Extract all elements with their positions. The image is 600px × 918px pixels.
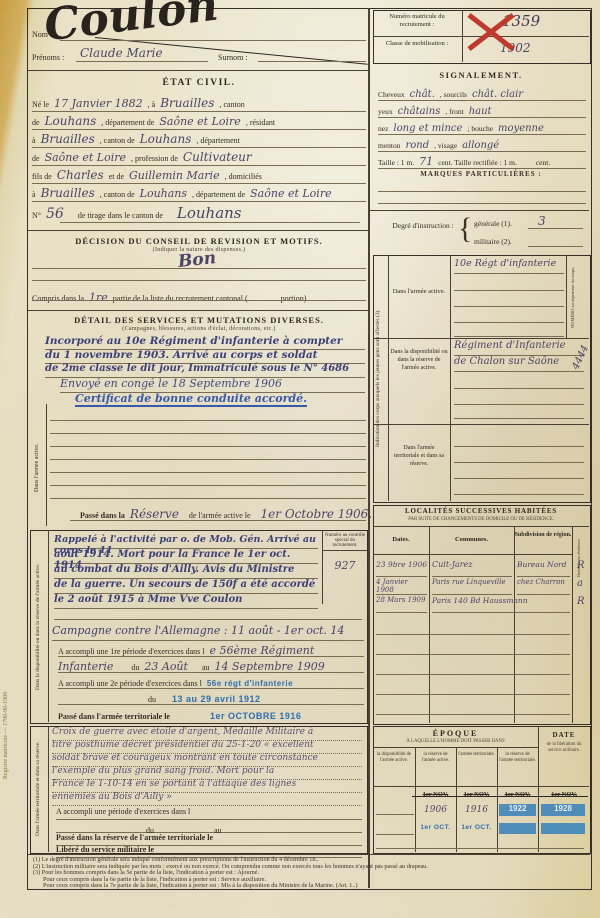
ruled-line <box>528 234 583 247</box>
epoque-col4: la réserve de l'armée territoriale. <box>498 752 537 764</box>
epoque-col3: l'armée territoriale. <box>457 752 496 758</box>
ruled-line <box>376 838 584 849</box>
signalement-line-4: mentonrond, visageallongé <box>378 135 586 152</box>
ruled-line <box>454 292 564 307</box>
citation-line: l'exemple du plus grand sang froid. Mort… <box>52 766 362 780</box>
blue-stamp-block <box>499 823 536 834</box>
localites-title: LOCALITÉS SUCCESSIVES HABITÉES <box>373 507 589 515</box>
stamped-value: 56e régt d'infanterie <box>207 679 293 688</box>
footnotes-block: (1) Le degré d'instruction générale sera… <box>33 857 585 890</box>
localites-row-date: 23 9bre 1906 <box>376 560 427 577</box>
section-title-etat-civil: ÉTAT CIVIL. <box>30 78 368 88</box>
citation-line: soldat brave et courageux montrant en to… <box>52 753 362 767</box>
label: , canton de <box>100 190 135 199</box>
ruled-line <box>454 308 564 323</box>
value: 14 Septembre 1909 <box>215 660 325 673</box>
divider <box>28 230 368 231</box>
ruled-line <box>70 504 366 521</box>
label: cent. <box>536 158 550 167</box>
epoque-year-stamp: 1922 <box>499 804 536 816</box>
num-box: Numéro au contrôle spécial du recrutemen… <box>322 530 367 604</box>
localites-row-date: 4 Janvier 1908 <box>376 578 427 595</box>
etat-civil-line-3: àBruailles, canton deLouhans, départemen… <box>32 130 366 148</box>
services-subtitle: (Campagnes, blessures, actions d'éclat, … <box>30 326 368 332</box>
epoque-date-title: DATE <box>540 731 588 739</box>
value: Louhans <box>140 132 192 146</box>
localites-row-commune: Paris rue Linqueville <box>432 578 512 595</box>
numero-matricule-label: Numéro matricule du recrutement : <box>375 13 459 29</box>
passe-territoriale-line: Passé dans l'armée territoriale le1er OC… <box>58 706 301 724</box>
label: nez <box>378 124 388 133</box>
label: Taille : 1 m. <box>378 158 414 167</box>
periode2-dates: du13 au 29 avril 1912 <box>58 689 364 705</box>
ruled-line <box>454 480 584 495</box>
service-entry: de 2me classe le dit jour, Immatriculé s… <box>45 363 365 378</box>
divider <box>388 255 389 501</box>
citation-line: ennemies au Bois d'Ailly » <box>52 792 362 806</box>
ruled-line <box>454 432 584 447</box>
label: , département de <box>192 190 245 199</box>
value: Saône et Loire <box>159 115 240 128</box>
value: Cultivateur <box>183 150 252 164</box>
ruled-line <box>60 206 360 223</box>
strike-line <box>412 796 588 797</box>
ruled-line <box>454 276 564 291</box>
value: 17 Janvier 1882 <box>54 97 143 110</box>
ruled-line <box>76 44 208 62</box>
ruled-line <box>376 616 570 635</box>
label: de <box>32 118 40 127</box>
epoque-oct-stamp: 1er OCT. <box>457 824 496 831</box>
edge-imprint: Registre matricule — 1790-90-1908 <box>3 630 13 840</box>
corps-dispo-value1: Régiment d'Infanterie <box>454 340 584 356</box>
ruled-line <box>376 820 414 835</box>
stamped-value: 1er OCTOBRE 1916 <box>210 711 301 721</box>
ruled-line <box>376 656 570 675</box>
label: du <box>148 695 156 704</box>
section-title-decision: DÉCISION DU CONSEIL DE REVISION ET MOTIF… <box>30 236 368 246</box>
instruction-generale-label: générale (1). <box>474 219 512 228</box>
localites-subtitle: PAR SUITE DE CHANGEMENTS DE DOMICILE OU … <box>373 517 589 522</box>
periode-territoriale-line: A accompli une période d'exercices dans … <box>56 807 362 820</box>
citation-line: Croix de guerre avec étoile d'argent, Mé… <box>52 727 362 741</box>
value: châtains <box>398 106 441 117</box>
localites-col-communes: Communes. <box>429 536 514 543</box>
brace-glyph: { <box>458 212 472 246</box>
ruled-line <box>454 324 564 337</box>
divider <box>538 726 539 852</box>
signalement-taille-line: Taille : 1 m.71cent. Taille rectifiée : … <box>378 152 586 169</box>
classe-label: Classe de mobilisation : <box>375 40 459 48</box>
military-record-document: Registre matricule — 1790-90-1908 Coulon… <box>0 0 600 918</box>
ruled-line <box>50 447 366 460</box>
ruled-line <box>50 421 366 434</box>
localites-row-commune: Cuit-Jarez <box>432 560 512 577</box>
label: à <box>32 190 36 199</box>
label: N° <box>32 211 41 220</box>
ruled-line <box>50 460 366 473</box>
ruled-line <box>50 408 366 421</box>
ruled-line <box>376 636 570 655</box>
label: ; bouche <box>467 124 493 133</box>
periode2-line: A accompli une 2e période d'exercices da… <box>58 673 364 689</box>
etat-civil-line-4: deSaône et Loire, profession deCultivate… <box>32 148 366 166</box>
divider <box>373 424 589 425</box>
value: long et mince <box>393 123 462 134</box>
side-rule <box>48 726 49 852</box>
service-entry-certificat: Certificat de bonne conduite accordé. <box>75 392 307 407</box>
label: menton <box>378 141 401 150</box>
localites-row-mark: R <box>577 596 585 607</box>
divider <box>369 210 589 211</box>
label: A accompli une 2e période d'exercices da… <box>58 679 202 688</box>
ruled-line <box>454 374 584 389</box>
divider <box>28 70 368 71</box>
ruled-line <box>454 390 584 405</box>
etat-civil-line-5: fils deCharleset deGuillemin Marie, domi… <box>32 166 366 184</box>
label: , département <box>196 136 240 145</box>
service-entry: Envoyé en congé le 18 Septembre 1906 <box>60 377 365 393</box>
epoque-oct-stamp: 1er OCT. <box>416 824 455 831</box>
epoque-year-stamp: 1928 <box>541 804 585 816</box>
repertoire-label: NUMÉRO au répertoire du corps. <box>570 258 580 336</box>
label: , canton de <box>100 136 135 145</box>
ruled-line <box>376 696 570 715</box>
epoque-title: ÉPOQUE <box>373 729 538 738</box>
divider <box>373 554 572 555</box>
ruled-line <box>376 676 570 695</box>
service-entry: Incorporé au 10e Régiment d'infanterie à… <box>45 335 365 350</box>
value: Charles <box>57 168 104 182</box>
ruled-line <box>378 180 586 192</box>
value: chât. clair <box>472 89 523 100</box>
value: Saône et Loire <box>250 187 331 200</box>
side-label-territoriale: Dans l'armée territoriale et dans sa rés… <box>35 732 45 846</box>
ruled-line <box>54 609 362 620</box>
rappel-line: de la guerre. Un secours de 150f a été a… <box>54 579 318 594</box>
citation-line: France le 1-10-14 en se portant à l'atta… <box>52 779 362 793</box>
value: allongé <box>462 140 499 151</box>
label: Passé dans l'armée territoriale le <box>58 712 170 721</box>
ruled-line <box>50 434 366 447</box>
corps-side-label: Indication des corps auxquels les jeunes… <box>375 262 386 494</box>
value: moyenne <box>498 123 544 134</box>
label: , sourcils <box>440 90 467 99</box>
rappel-line: au combat du Bois d'Ailly. Avis du Minis… <box>54 564 318 579</box>
label: yeux <box>378 107 393 116</box>
value: e 56ème Régiment <box>210 644 315 657</box>
rappel-line: Rappelé à l'activité par o. de Mob. Gén.… <box>54 534 318 549</box>
label: de <box>32 154 40 163</box>
instruction-militaire-label: militaire (2). <box>474 237 512 246</box>
signalement-line-1: Cheveuxchât., sourcilschât. clair <box>378 84 586 101</box>
ruled-line <box>454 406 584 419</box>
ruled-line <box>60 26 366 41</box>
citation-line: titre posthume décret présidentiel du 25… <box>52 740 362 754</box>
localites-row-subdivision: chez Charron <box>517 578 570 595</box>
divider <box>373 338 589 339</box>
epoque-year: 1906 <box>416 805 455 815</box>
periode1-line: A accompli une 1re période d'exercices d… <box>58 641 364 657</box>
epoque-col2: la réserve de l'armée active. <box>416 752 455 764</box>
label: Né le <box>32 100 49 109</box>
value: 23 Août <box>144 660 188 673</box>
label: du <box>131 663 139 672</box>
ruled-line <box>528 216 583 229</box>
corps-dispo-label: Dans la disponibilité ou dans la réserve… <box>390 348 448 372</box>
surnom-label: Surnom : <box>218 53 248 62</box>
ruled-line <box>378 192 586 204</box>
label: , front <box>445 107 463 116</box>
label: Cheveux <box>378 90 405 99</box>
num-box-label: Numéro au contrôle spécial du recrutemen… <box>323 530 367 551</box>
corps-dispo-value2: de Chalon sur Saône <box>454 356 584 372</box>
ruled-line <box>50 486 366 499</box>
value: Louhans <box>45 114 97 128</box>
red-x-mark <box>463 11 519 53</box>
ruled-line <box>50 473 366 486</box>
localites-row-commune: Paris 140 Bd Haussmann <box>432 596 570 613</box>
epoque-date-sub: de la libération du service militaire. <box>540 742 588 754</box>
localites-row-subdivision: Bureau Nord <box>517 560 570 577</box>
ruled-line <box>32 268 366 281</box>
label: fils de <box>32 172 52 181</box>
corps-terr-label: Dans l'armée territoriale et dans sa rés… <box>390 444 448 468</box>
etat-civil-line-6: àBruailles, canton deLouhans, départemen… <box>32 184 366 202</box>
divider <box>373 526 589 527</box>
label: , canton <box>219 100 244 109</box>
label: et de <box>109 172 124 181</box>
instruction-label: Degré d'instruction : <box>392 221 454 231</box>
signalement-line-3: nezlong et mince; bouchemoyenne <box>378 118 586 135</box>
etat-civil-line-2: deLouhans, département deSaône et Loire,… <box>32 112 366 130</box>
marques-label: MARQUES PARTICULIÈRES : <box>373 170 589 178</box>
periode1-line2: Infanteriedu23 Aoûtau14 Septembre 1909 <box>58 657 364 673</box>
service-entry: du 1 novembre 1903. Arrivé au corps et s… <box>45 349 365 364</box>
localites-row-mark: a <box>577 578 583 589</box>
section-title-services: DÉTAIL DES SERVICES ET MUTATIONS DIVERSE… <box>30 315 368 325</box>
label: à <box>32 136 36 145</box>
footnote: Pour ceux compris dans la 7e partie de l… <box>33 883 585 890</box>
value: chât. <box>410 89 435 100</box>
value: rond <box>406 140 430 151</box>
divider <box>572 526 573 723</box>
rappel-line: août 1914. Mort pour la France le 1er oc… <box>54 549 318 564</box>
value: Louhans <box>140 187 187 200</box>
rappel-line: le 2 août 1915 à Mme Vve Coulon <box>54 594 318 609</box>
corps-active-value: 10e Régt d'infanterie <box>454 258 564 274</box>
label: cent. Taille rectifiée : 1 m. <box>438 158 517 167</box>
nom-label: Nom : <box>32 30 52 39</box>
value: 71 <box>419 155 433 168</box>
divider <box>28 310 368 311</box>
label: , département de <box>101 118 154 127</box>
localites-col-dates: Dates. <box>373 536 429 543</box>
value: Infanterie <box>58 660 113 673</box>
stamped-value: 13 au 29 avril 1912 <box>172 694 261 704</box>
side-label-disponibilite: Dans la disponibilité ou dans la réserve… <box>35 542 45 712</box>
value: Bruailles <box>41 186 95 200</box>
blue-stamp-block <box>541 823 585 834</box>
side-rule <box>46 404 47 526</box>
value: Bruailles <box>160 96 214 110</box>
divider <box>450 255 451 501</box>
value: Saône et Loire <box>45 151 126 164</box>
corps-active-label: Dans l'armée active. <box>390 288 448 296</box>
label: , domiciliés <box>225 172 262 181</box>
ruled-line <box>376 800 414 815</box>
ruled-line <box>454 448 584 463</box>
prenoms-label: Prénoms : <box>32 53 64 62</box>
value: Bruailles <box>41 132 95 146</box>
epoque-year: 1916 <box>457 805 496 815</box>
ruled-line <box>454 464 584 479</box>
value: haut <box>469 106 492 117</box>
divider <box>566 255 567 338</box>
etat-civil-line-1: Né le17 Janvier 1882, àBruailles, canton <box>32 94 366 112</box>
localites-row-mark: R <box>577 560 585 571</box>
ruled-line <box>258 44 366 62</box>
value: Guillemin Marie <box>129 169 220 182</box>
signalement-line-2: yeuxchâtains, fronthaut <box>378 101 586 118</box>
campagne-line: Campagne contre l'Allemagne : 11 août - … <box>52 624 364 641</box>
num-box-value: 927 <box>323 559 367 572</box>
side-label-armee-active: Dans l'armée active. <box>34 418 43 518</box>
side-rule <box>48 530 49 722</box>
ruled-line <box>32 286 366 301</box>
divider <box>373 786 589 787</box>
label: , à <box>148 100 156 109</box>
label: au <box>202 663 210 672</box>
epoque-subtitle: À LAQUELLE L'HOMME DOIT PASSER DANS <box>373 739 538 744</box>
label: A accompli une 1re période d'exercices d… <box>58 647 205 656</box>
label: , visage <box>434 141 457 150</box>
column-divider <box>368 8 370 888</box>
localites-row-date: 28 Mars 1909 <box>376 596 427 613</box>
section-title-signalement: SIGNALEMENT. <box>373 70 589 80</box>
localites-col-subdivision: Subdivision de région. <box>514 532 572 539</box>
label: , profession de <box>131 154 178 163</box>
label: , résidant <box>246 118 275 127</box>
divider <box>456 747 457 852</box>
epoque-col1: la disponibilité de l'armée active. <box>374 752 414 764</box>
divider <box>28 854 590 855</box>
du-au-line: duau <box>56 820 362 833</box>
